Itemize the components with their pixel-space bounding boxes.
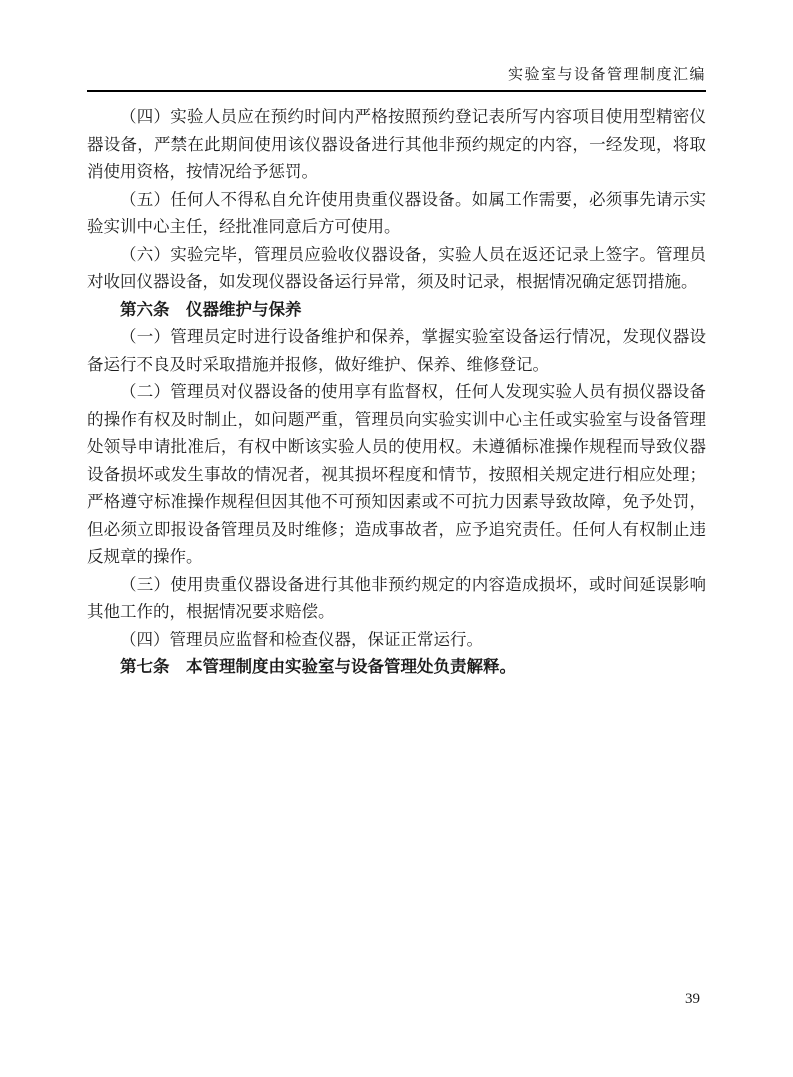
header-title: 实验室与设备管理制度汇编 — [87, 64, 706, 86]
paragraph-item-1: （一）管理员定时进行设备维护和保养，掌握实验室设备运行情况，发现仪器设备运行不良… — [87, 323, 706, 378]
page-number: 39 — [685, 991, 700, 1008]
paragraph-item-3: （三）使用贵重仪器设备进行其他非预约规定的内容造成损坏，或时间延误影响其他工作的… — [87, 571, 706, 626]
paragraph-item-4b: （四）管理员应监督和检查仪器，保证正常运行。 — [87, 626, 706, 654]
paragraph-item-4: （四）实验人员应在预约时间内严格按照预约登记表所写内容项目使用型精密仪器设备，严… — [87, 103, 706, 186]
article-heading-7: 第七条 本管理制度由实验室与设备管理处负责解释。 — [87, 653, 706, 681]
document-content: （四）实验人员应在预约时间内严格按照预约登记表所写内容项目使用型精密仪器设备，严… — [87, 103, 706, 681]
paragraph-item-6: （六）实验完毕，管理员应验收仪器设备，实验人员在返还记录上签字。管理员对收回仪器… — [87, 241, 706, 296]
page-header: 实验室与设备管理制度汇编 — [87, 64, 706, 92]
article-heading-6: 第六条 仪器维护与保养 — [87, 296, 706, 324]
header-rule — [87, 90, 706, 92]
paragraph-item-5: （五）任何人不得私自允许使用贵重仪器设备。如属工作需要，必须事先请示实验实训中心… — [87, 186, 706, 241]
document-page: 实验室与设备管理制度汇编 （四）实验人员应在预约时间内严格按照预约登记表所写内容… — [0, 0, 793, 1077]
paragraph-item-2: （二）管理员对仪器设备的使用享有监督权，任何人发现实验人员有损仪器设备的操作有权… — [87, 378, 706, 571]
